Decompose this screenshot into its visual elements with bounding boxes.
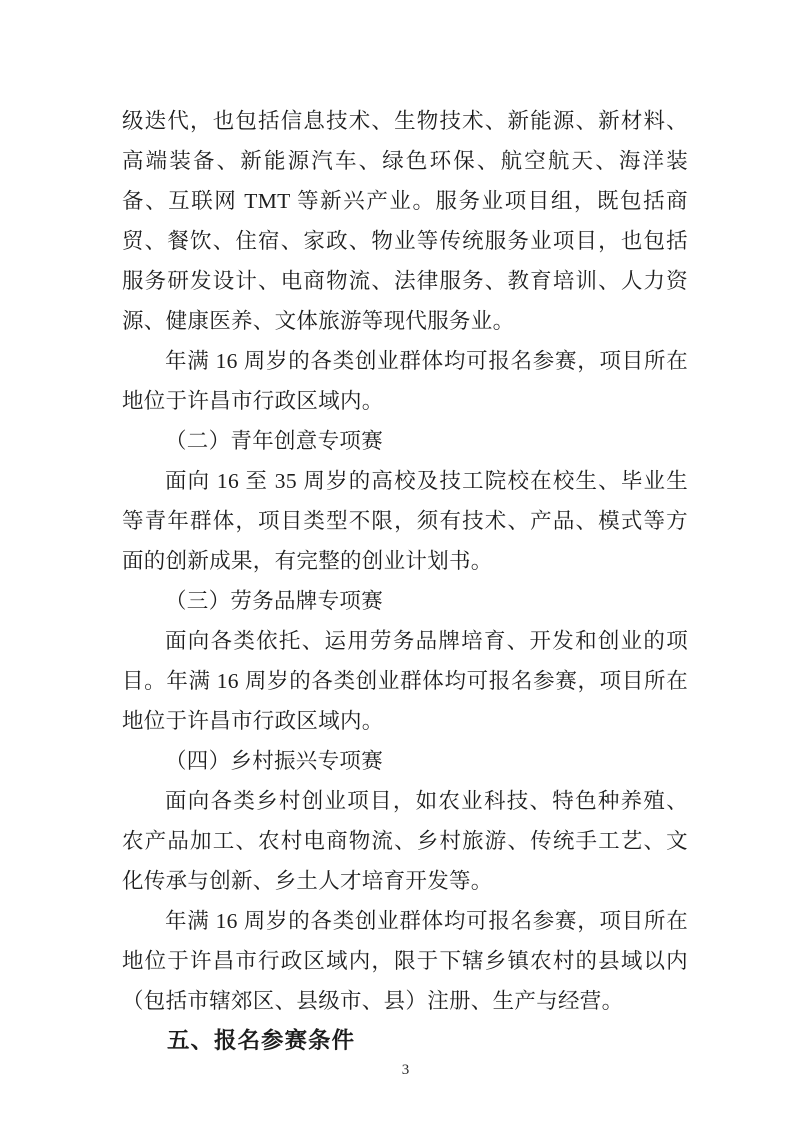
section-subheading-youth-creativity: （二）青年创意专项赛	[122, 421, 688, 461]
paragraph-eligibility-main: 年满 16 周岁的各类创业群体均可报名参赛，项目所在地位于许昌市行政区域内。	[122, 341, 688, 421]
paragraph-labor-brand-detail: 面向各类依托、运用劳务品牌培育、开发和创业的项目。年满 16 周岁的各类创业群体…	[122, 621, 688, 741]
paragraph-rural-revitalization-detail: 面向各类乡村创业项目，如农业科技、特色种养殖、农产品加工、农村电商物流、乡村旅游…	[122, 781, 688, 901]
paragraph-industry-groups: 级迭代，也包括信息技术、生物技术、新能源、新材料、高端装备、新能源汽车、绿色环保…	[122, 101, 688, 341]
page-number: 3	[0, 1059, 811, 1081]
document-page: 级迭代，也包括信息技术、生物技术、新能源、新材料、高端装备、新能源汽车、绿色环保…	[0, 0, 811, 1147]
section-subheading-labor-brand: （三）劳务品牌专项赛	[122, 581, 688, 621]
document-body: 级迭代，也包括信息技术、生物技术、新能源、新材料、高端装备、新能源汽车、绿色环保…	[122, 101, 688, 1061]
paragraph-rural-eligibility: 年满 16 周岁的各类创业群体均可报名参赛，项目所在地位于许昌市行政区域内，限于…	[122, 901, 688, 1021]
section-subheading-rural-revitalization: （四）乡村振兴专项赛	[122, 741, 688, 781]
paragraph-youth-creativity-detail: 面向 16 至 35 周岁的高校及技工院校在校生、毕业生等青年群体，项目类型不限…	[122, 461, 688, 581]
section-heading-registration-conditions: 五、报名参赛条件	[122, 1021, 688, 1061]
